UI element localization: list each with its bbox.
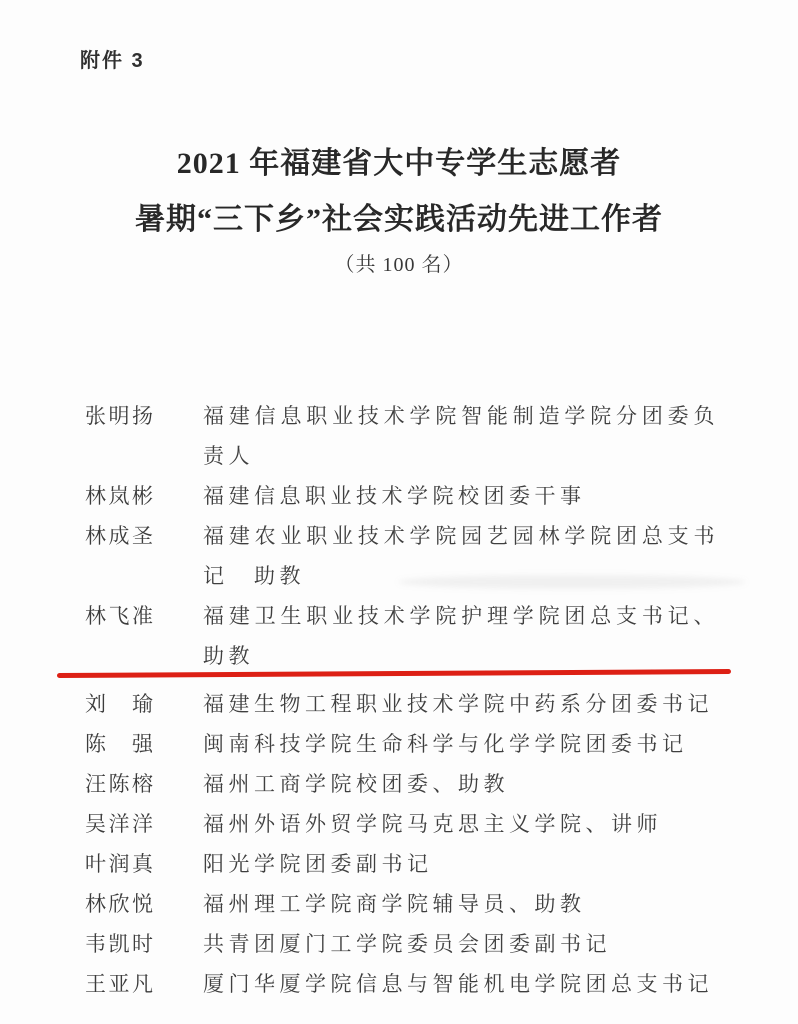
person-affiliation: 福州外语外贸学院马克思主义学院、讲师: [203, 804, 719, 844]
list-item: 吴洋洋 福州外语外贸学院马克思主义学院、讲师: [85, 804, 720, 844]
person-name: 叶润真: [85, 844, 153, 884]
person-name: 汪陈榕: [85, 764, 153, 804]
person-name: 林成圣: [85, 516, 153, 556]
person-affiliation: 福建生物工程职业技术学院中药系分团委书记: [203, 684, 719, 724]
person-affiliation: 福建信息职业技术学院校团委干事: [203, 476, 719, 516]
person-affiliation: 厦门华厦学院信息与智能机电学院团总支书记: [203, 964, 719, 1004]
person-name: 林岚彬: [85, 476, 153, 516]
person-name: 王亚凡: [85, 964, 153, 1004]
person-affiliation: 福建卫生职业技术学院护理学院团总支书记、助教: [203, 596, 719, 676]
person-name: 韦凯时: [85, 924, 153, 964]
list-item-underlined: 林飞准 福建卫生职业技术学院护理学院团总支书记、助教: [85, 596, 720, 676]
awardee-list: 张明扬 福建信息职业技术学院智能制造学院分团委负责人 林岚彬 福建信息职业技术学…: [85, 396, 720, 1004]
attachment-label: 附件 3: [80, 44, 145, 73]
list-item: 陈强 闽南科技学院生命科学与化学学院团委书记: [85, 724, 720, 764]
person-name: 吴洋洋: [85, 804, 153, 844]
person-affiliation: 福建信息职业技术学院智能制造学院分团委负责人: [203, 396, 719, 476]
list-item: 汪陈榕 福州工商学院校团委、助教: [85, 764, 720, 804]
list-item: 叶润真 阳光学院团委副书记: [85, 844, 720, 884]
list-item: 张明扬 福建信息职业技术学院智能制造学院分团委负责人: [85, 396, 720, 476]
person-affiliation: 福州理工学院商学院辅导员、助教: [203, 884, 719, 924]
person-name: 刘瑜: [85, 684, 153, 724]
list-item: 王亚凡 厦门华厦学院信息与智能机电学院团总支书记: [85, 964, 720, 1004]
person-affiliation: 闽南科技学院生命科学与化学学院团委书记: [203, 724, 719, 764]
person-name: 林飞准: [85, 596, 153, 636]
person-name: 林欣悦: [85, 884, 153, 924]
title-block: 2021 年福建省大中专学生志愿者 暑期“三下乡”社会实践活动先进工作者 （共 …: [0, 136, 798, 278]
person-name: 张明扬: [85, 396, 153, 436]
document-title-line1: 2021 年福建省大中专学生志愿者: [0, 136, 798, 192]
person-affiliation: 阳光学院团委副书记: [203, 844, 719, 884]
person-name: 陈强: [85, 724, 153, 764]
scan-smudge: [398, 575, 746, 589]
document-page: 附件 3 2021 年福建省大中专学生志愿者 暑期“三下乡”社会实践活动先进工作…: [0, 0, 798, 1024]
person-affiliation: 共青团厦门工学院委员会团委副书记: [203, 924, 719, 964]
list-item: 刘瑜 福建生物工程职业技术学院中药系分团委书记: [85, 684, 720, 724]
person-affiliation: 福州工商学院校团委、助教: [203, 764, 719, 804]
list-item: 韦凯时 共青团厦门工学院委员会团委副书记: [85, 924, 720, 964]
list-item: 林欣悦 福州理工学院商学院辅导员、助教: [85, 884, 720, 924]
list-item: 林岚彬 福建信息职业技术学院校团委干事: [85, 476, 720, 516]
document-title-line2: 暑期“三下乡”社会实践活动先进工作者: [0, 192, 798, 248]
document-subtitle: （共 100 名）: [0, 252, 798, 278]
